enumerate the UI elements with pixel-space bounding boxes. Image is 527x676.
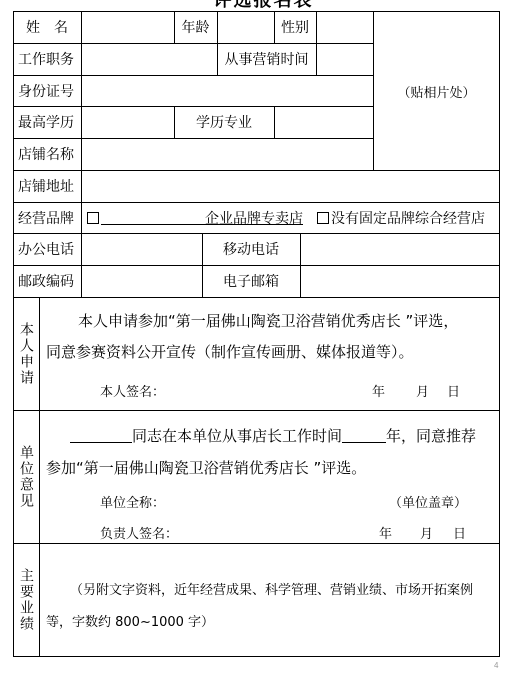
unit-statement-line1: 同志在本单位从事店长工作时间年，同意推荐 — [70, 425, 476, 446]
brand-multi-checkbox[interactable] — [317, 212, 329, 224]
mobile-field[interactable] — [301, 234, 499, 265]
col-line — [39, 297, 40, 657]
work-years-blank[interactable] — [342, 428, 386, 443]
border-bottom — [13, 656, 500, 657]
age-label: 年龄 — [174, 11, 217, 43]
achievements-note-line2: 等，字数约 800~1000 字） — [46, 611, 214, 630]
applicant-statement-line1: 本人申请参加“第一届佛山陶瓷卫浴营销优秀店长 ”评选， — [78, 310, 458, 331]
office-phone-field[interactable] — [82, 234, 202, 265]
gender-label: 性别 — [274, 11, 316, 43]
unit-section-label-text: 单位意见 — [16, 445, 36, 509]
unit-section-label: 单位意见 — [13, 410, 39, 543]
unit-name-label: 单位全称： — [100, 492, 165, 511]
id-field[interactable] — [82, 76, 373, 106]
major-label: 学历专业 — [174, 106, 274, 138]
applicant-year-label: 年 — [372, 381, 385, 400]
education-field[interactable] — [82, 107, 174, 138]
marketing-time-label: 从事营销时间 — [217, 43, 316, 75]
postcode-label: 邮政编码 — [13, 265, 81, 297]
store-address-field[interactable] — [82, 171, 499, 202]
id-label: 身份证号 — [13, 75, 81, 106]
unit-seal-label: （单位盖章） — [389, 492, 467, 511]
name-field[interactable] — [82, 12, 174, 43]
unit-signer-label: 负责人签名： — [100, 523, 178, 542]
gender-field[interactable] — [317, 12, 373, 43]
achievements-note-line1: （另附文字资料，近年经营成果、科学管理、营销业绩、市场开拓案例 — [70, 579, 473, 598]
unit-statement-line1-end: 年，同意推荐 — [386, 427, 476, 445]
office-phone-label: 办公电话 — [13, 233, 81, 265]
applicant-signature-label: 本人签名： — [100, 381, 165, 400]
unit-month-label: 月 — [420, 523, 433, 542]
marketing-time-field[interactable] — [317, 44, 373, 75]
email-field[interactable] — [301, 266, 499, 297]
unit-year-label: 年 — [379, 523, 392, 542]
age-field[interactable] — [218, 12, 274, 43]
brand-label: 经营品牌 — [13, 202, 81, 233]
name-label: 姓 名 — [13, 11, 81, 43]
colleague-name-blank[interactable] — [70, 428, 132, 443]
applicant-day-label: 日 — [447, 381, 460, 400]
brand-options: 企业品牌专卖店 没有固定品牌综合经营店 — [87, 202, 499, 233]
registration-form-table: 姓 名 年龄 性别 （贴相片处） 工作职务 从事营销时间 身份证号 最高学历 学… — [13, 11, 500, 657]
applicant-section-label: 本人申请 — [13, 297, 39, 410]
position-label: 工作职务 — [13, 43, 81, 75]
unit-name-field[interactable] — [163, 487, 363, 509]
page-number: 4 — [494, 661, 498, 670]
applicant-signature-field[interactable] — [163, 375, 363, 399]
photo-placeholder-text: （贴相片处） — [397, 82, 475, 101]
unit-day-label: 日 — [453, 523, 466, 542]
store-name-field[interactable] — [82, 139, 373, 170]
photo-placeholder[interactable]: （贴相片处） — [374, 12, 499, 170]
store-address-label: 店铺地址 — [13, 170, 81, 202]
unit-signer-field[interactable] — [178, 517, 358, 539]
applicant-statement-line2: 同意参赛资料公开宣传（制作宣传画册、媒体报道等）。 — [46, 341, 414, 362]
achievements-section-label-text: 主要业绩 — [16, 568, 36, 632]
achievements-section-label: 主要业绩 — [13, 543, 39, 656]
store-name-label: 店铺名称 — [13, 138, 81, 170]
row-line — [13, 543, 500, 544]
border-right — [499, 11, 500, 657]
email-label: 电子邮箱 — [202, 265, 300, 297]
unit-statement-line1-mid: 同志在本单位从事店长工作时间 — [132, 427, 342, 445]
education-label: 最高学历 — [13, 106, 81, 138]
row-line — [13, 297, 500, 298]
brand-exclusive-checkbox[interactable] — [87, 212, 99, 224]
applicant-month-label: 月 — [416, 381, 429, 400]
applicant-section-label-text: 本人申请 — [16, 322, 36, 386]
mobile-label: 移动电话 — [202, 233, 300, 265]
brand-name-blank[interactable] — [101, 210, 205, 225]
unit-statement-line2: 参加“第一届佛山陶瓷卫浴营销优秀店长 ”评选。 — [46, 457, 366, 478]
postcode-field[interactable] — [82, 266, 202, 297]
row-line — [13, 410, 500, 411]
brand-option-exclusive-label: 企业品牌专卖店 — [205, 208, 303, 228]
position-field[interactable] — [82, 44, 217, 75]
major-field[interactable] — [275, 107, 373, 138]
brand-option-multi-label: 没有固定品牌综合经营店 — [331, 208, 485, 228]
